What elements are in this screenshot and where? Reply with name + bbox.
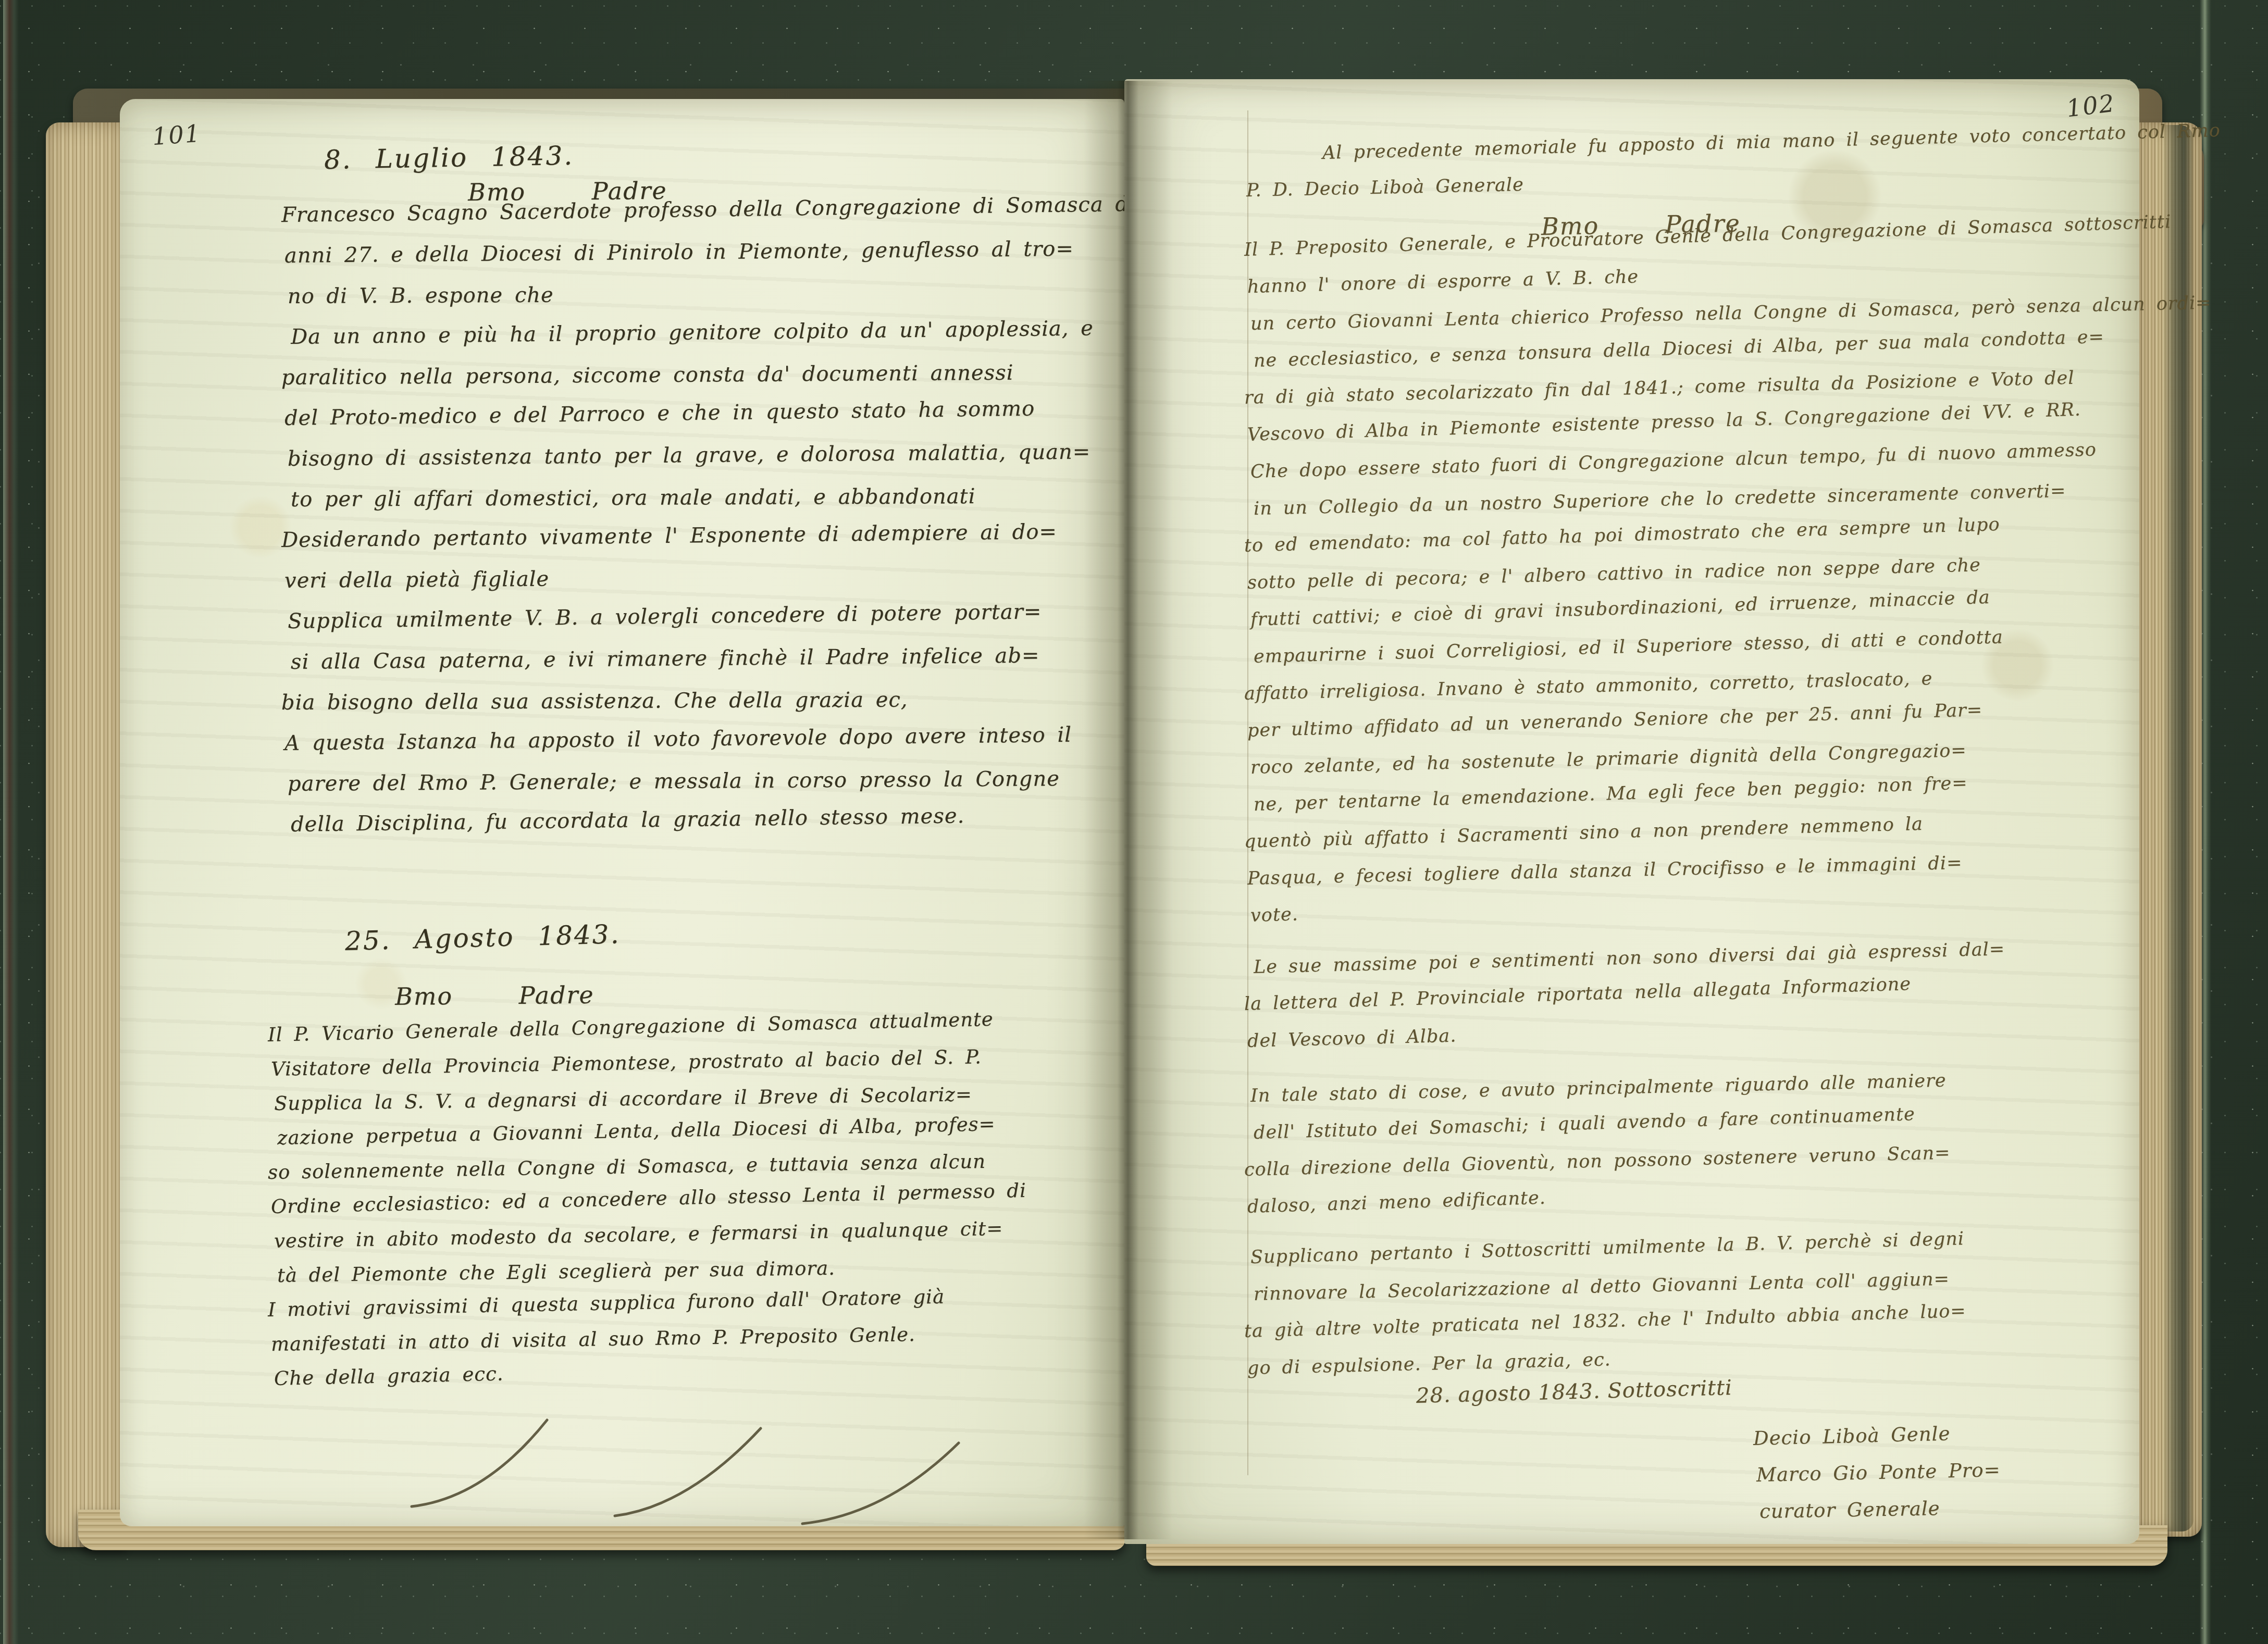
manuscript-page-right: 102 Al precedente memoriale fu apposto d… xyxy=(1124,79,2139,1544)
manuscript-line: Francesco Scagno Sacerdote professo dell… xyxy=(281,192,1136,227)
manuscript-line: Supplicano pertanto i Sottoscritti umilm… xyxy=(1250,1228,1964,1268)
margin-rule-line xyxy=(1247,110,1248,1475)
manuscript-line: Decio Liboà Genle xyxy=(1753,1422,1950,1449)
page-number-right: 102 xyxy=(2065,89,2117,122)
manuscript-line: Ordine ecclesiastico: ed a concedere all… xyxy=(271,1179,1027,1218)
manuscript-line: Marco Gio Ponte Pro= xyxy=(1756,1459,2001,1486)
manuscript-line: In tale stato di cose, e avuto principal… xyxy=(1250,1070,1947,1106)
manuscript-line: sotto pelle di pecora; e l' albero catti… xyxy=(1247,555,1981,593)
manuscript-page-left: 101 8. Luglio 1843. Bmo Padre Francesco … xyxy=(120,99,1124,1526)
manuscript-line: zazione perpetua a Giovanni Lenta, della… xyxy=(277,1113,996,1149)
page-number-left: 101 xyxy=(151,119,202,151)
manuscript-line: P. D. Decio Liboà Generale xyxy=(1246,175,1525,201)
manuscript-line: Vescovo di Alba in Piemonte esistente pr… xyxy=(1247,399,2081,445)
manuscript-line: colla direzione della Gioventù, non poss… xyxy=(1244,1142,1951,1180)
manuscript-line: anni 27. e della Diocesi di Pinirolo in … xyxy=(284,237,1074,268)
manuscript-line: manifestati in atto di visita al suo Rmo… xyxy=(271,1323,915,1355)
manuscript-line: Supplica umilmente V. B. a volergli conc… xyxy=(288,600,1042,633)
manuscript-line: quentò più affatto i Sacramenti sino a n… xyxy=(1244,814,1923,852)
manuscript-line: la lettera del P. Provinciale riportata … xyxy=(1244,974,1911,1015)
manuscript-line: vestire in abito modesto da secolare, e … xyxy=(274,1217,1003,1252)
manuscript-line: in un Collegio da un nostro Superiore ch… xyxy=(1254,481,2066,519)
manuscript-line: Che della grazia ecc. xyxy=(274,1362,504,1390)
manuscript-line: I motivi gravissimi di questa supplica f… xyxy=(268,1286,945,1321)
manuscript-line: to ed emendato: ma col fatto ha poi dimo… xyxy=(1244,514,2000,556)
manuscript-line: A questa Istanza ha apposto il voto favo… xyxy=(284,723,1072,755)
manuscript-line: frutti cattivi; e cioè di gravi insubord… xyxy=(1250,587,1990,630)
manuscript-line: Il P. Vicario Generale della Congregazio… xyxy=(268,1008,994,1046)
page-stack-right-worn-streak xyxy=(2162,125,2193,1531)
manuscript-line: per ultimo affidato ad un venerando Seni… xyxy=(1247,700,1982,741)
manuscript-line: bisogno di assistenza tanto per la grave… xyxy=(288,440,1091,471)
manuscript-line: ne ecclesiastico, e senza tonsura della … xyxy=(1253,327,2104,371)
manuscript-line: rinnovare la Secolarizzazione al detto G… xyxy=(1254,1269,1950,1305)
manuscript-line: Supplica la S. V. a degnarsi di accordar… xyxy=(274,1083,972,1115)
date-heading-first-petition: 8. Luglio 1843. xyxy=(324,141,574,175)
manuscript-line: tà del Piemonte che Egli sceglierà per s… xyxy=(277,1257,835,1287)
manuscript-line: no di V. B. espone che xyxy=(288,283,554,308)
glass-edge-right xyxy=(2200,0,2211,1644)
manuscript-line: vote. xyxy=(1250,904,1298,926)
manuscript-line: roco zelante, ed ha sostenute le primari… xyxy=(1250,740,1967,778)
manuscript-line: parere del Rmo P. Generale; e messala in… xyxy=(288,767,1060,796)
salutation-second-petition: Bmo Padre xyxy=(395,981,594,1011)
manuscript-line: Al precedente memoriale fu apposto di mi… xyxy=(1322,120,2221,164)
manuscript-line: to per gli affari domestici, ora male an… xyxy=(291,484,976,512)
manuscript-line: Pasqua, e fecesi togliere dalla stanza i… xyxy=(1247,853,1963,889)
manuscript-line: ra di già stato secolarizzato fin dal 18… xyxy=(1244,368,2075,408)
manuscript-line: ta già altre volte praticata nel 1832. c… xyxy=(1244,1301,1966,1342)
archive-manuscript-photo: 101 8. Luglio 1843. Bmo Padre Francesco … xyxy=(0,0,2268,1644)
manuscript-line: del Vescovo di Alba. xyxy=(1247,1025,1456,1051)
manuscript-line: daloso, anzi meno edificante. xyxy=(1247,1188,1546,1217)
manuscript-line: go di espulsione. Per la grazia, ec. xyxy=(1247,1349,1612,1379)
manuscript-line: della Disciplina, fu accordata la grazia… xyxy=(291,804,965,837)
manuscript-line: bia bisogno della sua assistenza. Che de… xyxy=(281,688,908,715)
manuscript-line: veri della pietà figliale xyxy=(284,567,549,593)
manuscript-line: Da un anno e più ha il proprio genitore … xyxy=(291,316,1094,349)
pen-flourish-strokes xyxy=(391,1370,1037,1526)
manuscript-line: Desiderando pertanto vivamente l' Espone… xyxy=(281,520,1057,552)
manuscript-line: affatto irreligiosa. Invano è stato ammo… xyxy=(1244,668,1933,704)
manuscript-line: Visitatore della Provincia Piemontese, p… xyxy=(271,1045,982,1080)
manuscript-line: si alla Casa paterna, e ivi rimanere fin… xyxy=(291,643,1040,674)
manuscript-line: hanno l' onore di esporre a V. B. che xyxy=(1247,266,1639,297)
page-stack-left-edge xyxy=(46,122,125,1547)
closing-date-line: 28. agosto 1843. Sottoscritti xyxy=(1416,1376,1732,1408)
glass-edge-left xyxy=(3,0,19,1644)
manuscript-line: Le sue massime poi e sentimenti non sono… xyxy=(1254,939,2005,978)
manuscript-line: dell' Istituto dei Somaschi; i quali ave… xyxy=(1253,1104,1915,1143)
manuscript-line: ne, per tentarne la emendazione. Ma egli… xyxy=(1253,773,1968,815)
manuscript-line: so solennemente nella Congne di Somasca,… xyxy=(268,1150,986,1184)
manuscript-line: curator Generale xyxy=(1759,1497,1940,1523)
manuscript-line: Che dopo essere stato fuori di Congregaz… xyxy=(1250,439,2097,482)
date-heading-second-petition: 25. Agosto 1843. xyxy=(344,919,621,956)
manuscript-line: paralitico nella persona, siccome consta… xyxy=(281,361,1014,390)
manuscript-line: del Proto-medico e del Parroco e che in … xyxy=(284,396,1035,430)
manuscript-line: empaurirne i suoi Correligiosi, ed il Su… xyxy=(1253,627,2003,667)
